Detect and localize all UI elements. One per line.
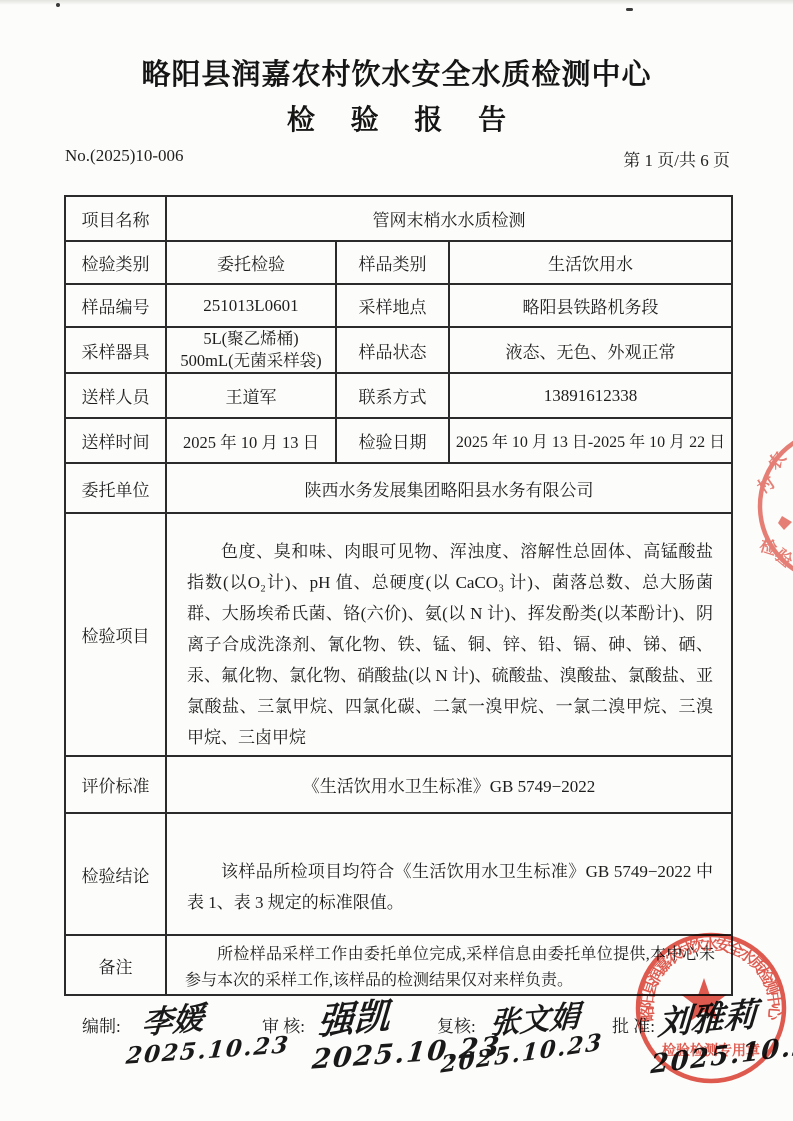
send-date-value: 2025 年 10 月 13 日 bbox=[166, 418, 336, 463]
container-label: 采样器具 bbox=[65, 327, 166, 373]
test-period-value: 2025 年 10 月 13 日-2025 年 10 月 22 日 bbox=[449, 418, 732, 463]
sample-state-label: 样品状态 bbox=[336, 327, 449, 373]
sample-state-value: 液态、无色、外观正常 bbox=[449, 327, 732, 373]
seal-star-icon bbox=[681, 978, 727, 1021]
row-conclusion: 检验结论 该样品所检项目均符合《生活饮用水卫生标准》GB 5749−2022 中… bbox=[65, 813, 732, 935]
sample-type-value: 生活饮用水 bbox=[449, 241, 732, 284]
send-date-label: 送样时间 bbox=[65, 418, 166, 463]
contact-label: 联系方式 bbox=[336, 373, 449, 418]
meta-row: No.(2025)10-006 第 1 页/共 6 页 bbox=[64, 146, 731, 170]
page-indicator: 第 1 页/共 6 页 bbox=[623, 146, 730, 171]
remark-label: 备注 bbox=[65, 935, 166, 995]
checked-label: 复核: bbox=[437, 1012, 476, 1037]
sender-value: 王道军 bbox=[166, 373, 336, 418]
row-client: 委托单位 陕西水务发展集团略阳县水务有限公司 bbox=[65, 463, 732, 513]
reviewed-label: 审 核: bbox=[262, 1012, 305, 1037]
sender-label: 送样人员 bbox=[65, 373, 166, 418]
report-table: 项目名称 管网末梢水水质检测 检验类别 委托检验 样品类别 生活饮用水 样品编号… bbox=[64, 195, 733, 996]
test-type-value: 委托检验 bbox=[166, 241, 336, 284]
standard-value: 《生活饮用水卫生标准》GB 5749−2022 bbox=[166, 756, 732, 813]
sample-no-value: 251013L0601 bbox=[166, 284, 336, 327]
conclusion-value: 该样品所检项目均符合《生活饮用水卫生标准》GB 5749−2022 中表 1、表… bbox=[166, 813, 732, 935]
report-number: No.(2025)10-006 bbox=[65, 146, 184, 166]
seal-bottom-text: 检验检测专用章 bbox=[662, 1042, 760, 1058]
scan-speck bbox=[626, 8, 633, 11]
scan-edge-artifact bbox=[0, 0, 793, 5]
prepared-label: 编制: bbox=[82, 1012, 121, 1037]
container-line2: 500mL(无菌采样袋) bbox=[171, 350, 331, 372]
sampling-site-label: 采样地点 bbox=[336, 284, 449, 327]
sampling-site-value: 略阳县铁路机务段 bbox=[449, 284, 732, 327]
sample-no-label: 样品编号 bbox=[65, 284, 166, 327]
center-title: 略阳县润嘉农村饮水安全水质检测中心 bbox=[0, 52, 793, 93]
items-text: 色度、臭和味、肉眼可见物、浑浊度、溶解性总固体、高锰酸盐指数(以O₂计)、pH … bbox=[171, 516, 727, 753]
row-remark: 备注 所检样品采样工作由委托单位完成,采样信息由委托单位提供,本中心未参与本次的… bbox=[65, 935, 732, 995]
inspection-report-page: 略阳县润嘉农村饮水安全水质检测中心 检 验 报 告 No.(2025)10-00… bbox=[0, 0, 793, 1121]
row-container: 采样器具 5L(聚乙烯桶) 500mL(无菌采样袋) 样品状态 液态、无色、外观… bbox=[65, 327, 732, 373]
row-sender: 送样人员 王道军 联系方式 13891612338 bbox=[65, 373, 732, 418]
contact-value: 13891612338 bbox=[449, 373, 732, 418]
container-line1: 5L(聚乙烯桶) bbox=[171, 328, 331, 350]
standard-label: 评价标准 bbox=[65, 756, 166, 813]
edge-seal: 农 村 检 验 bbox=[748, 424, 793, 592]
row-items: 检验项目 色度、臭和味、肉眼可见物、浑浊度、溶解性总固体、高锰酸盐指数(以O₂计… bbox=[65, 513, 732, 756]
row-standard: 评价标准 《生活饮用水卫生标准》GB 5749−2022 bbox=[65, 756, 732, 813]
prepared-signature: 李媛 bbox=[141, 992, 205, 1043]
reviewed-signature: 强凯 bbox=[317, 988, 391, 1046]
project-value: 管网末梢水水质检测 bbox=[166, 196, 732, 241]
conclusion-text: 该样品所检项目均符合《生活饮用水卫生标准》GB 5749−2022 中表 1、表… bbox=[171, 830, 727, 918]
official-seal: 略阳县润嘉农村饮水安全水质检测中心 检验检测专用章 bbox=[633, 927, 793, 1089]
edge-seal-char: 村 bbox=[753, 472, 778, 498]
test-period-label: 检验日期 bbox=[336, 418, 449, 463]
edge-seal-star-tip bbox=[778, 516, 792, 530]
conclusion-label: 检验结论 bbox=[65, 813, 166, 935]
project-label: 项目名称 bbox=[65, 196, 166, 241]
test-type-label: 检验类别 bbox=[65, 241, 166, 284]
sample-type-label: 样品类别 bbox=[336, 241, 449, 284]
items-value: 色度、臭和味、肉眼可见物、浑浊度、溶解性总固体、高锰酸盐指数(以O₂计)、pH … bbox=[166, 513, 732, 756]
client-value: 陕西水务发展集团略阳县水务有限公司 bbox=[166, 463, 732, 513]
items-label: 检验项目 bbox=[65, 513, 166, 756]
row-dates: 送样时间 2025 年 10 月 13 日 检验日期 2025 年 10 月 1… bbox=[65, 418, 732, 463]
row-sample-no: 样品编号 251013L0601 采样地点 略阳县铁路机务段 bbox=[65, 284, 732, 327]
row-project: 项目名称 管网末梢水水质检测 bbox=[65, 196, 732, 241]
container-value: 5L(聚乙烯桶) 500mL(无菌采样袋) bbox=[166, 327, 336, 373]
row-test-type: 检验类别 委托检验 样品类别 生活饮用水 bbox=[65, 241, 732, 284]
client-label: 委托单位 bbox=[65, 463, 166, 513]
scan-speck bbox=[56, 3, 60, 7]
report-title: 检 验 报 告 bbox=[0, 98, 793, 138]
